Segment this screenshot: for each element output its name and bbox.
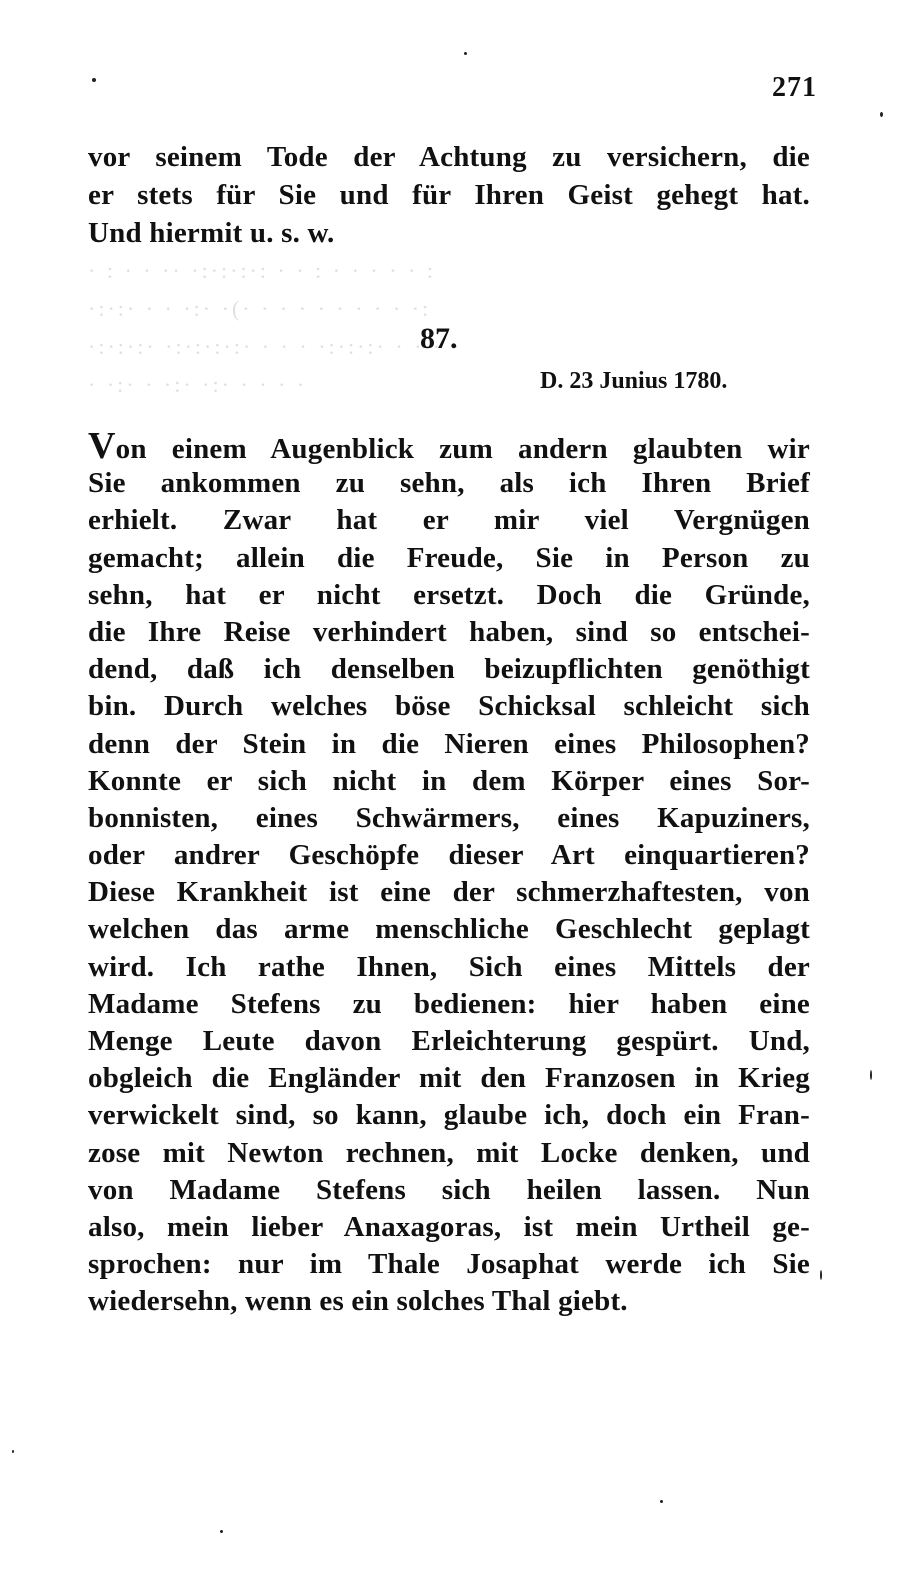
text-line: zose mit Newton rechnen, mit Locke denke…	[88, 1135, 810, 1172]
text-line: dend, daß ich denselben beizupflichten g…	[88, 651, 810, 688]
previous-letter-ending: vor seinem Tode der Achtung zu versicher…	[88, 138, 810, 252]
text-line: Madame Stefens zu bedienen: hier haben e…	[88, 986, 810, 1023]
first-line-text: on einem Augenblick zum andern glaubten …	[116, 433, 810, 465]
text-line: oder andrer Geschöpfe dieser Art einquar…	[88, 837, 810, 874]
letter-body: Von einem Augenblick zum andern glaubten…	[88, 428, 810, 1321]
scan-speck	[220, 1530, 223, 1533]
text-line: Diese Krankheit ist eine der schmerzhaft…	[88, 874, 810, 911]
scan-speck	[464, 52, 467, 55]
scan-speck	[820, 1270, 822, 1280]
scan-speck	[880, 112, 883, 117]
text-line: Sie ankommen zu sehn, als ich Ihren Brie…	[88, 465, 810, 502]
scan-speck	[870, 1070, 872, 1080]
text-line-first: Von einem Augenblick zum andern glaubten…	[88, 428, 810, 465]
text-line: sehn, hat er nicht ersetzt. Doch die Grü…	[88, 577, 810, 614]
page-number: 271	[772, 72, 817, 104]
text-line: bonnisten, eines Schwärmers, eines Kapuz…	[88, 800, 810, 837]
text-line: wird. Ich rathe Ihnen, Sich eines Mittel…	[88, 949, 810, 986]
scan-speck	[92, 78, 96, 82]
scan-speck	[660, 1500, 663, 1503]
text-line: verwickelt sind, so kann, glaube ich, do…	[88, 1097, 810, 1134]
text-line: Konnte er sich nicht in dem Körper eines…	[88, 763, 810, 800]
text-line: Menge Leute davon Erleichterung gespürt.…	[88, 1023, 810, 1060]
text-line: die Ihre Reise verhindert haben, sind so…	[88, 614, 810, 651]
text-line: wiedersehn, wenn es ein solches Thal gie…	[88, 1283, 810, 1320]
letter-number: 87.	[420, 322, 458, 356]
text-line: gemacht; allein die Freude, Sie in Perso…	[88, 540, 810, 577]
drop-cap: V	[88, 425, 116, 467]
text-line: von Madame Stefens sich heilen lassen. N…	[88, 1172, 810, 1209]
text-line: welchen das arme menschliche Geschlecht …	[88, 911, 810, 948]
text-line: bin. Durch welches böse Schicksal schlei…	[88, 688, 810, 725]
show-through-line: · : · · ·· ·:·:·:·: · · : · · · · · :	[88, 252, 810, 290]
text-line: sprochen: nur im Thale Josaphat werde ic…	[88, 1246, 810, 1283]
text-line: Und hiermit u. s. w.	[88, 214, 810, 252]
text-line: er stets für Sie und für Ihren Geist geh…	[88, 176, 810, 214]
text-line: denn der Stein in die Nieren eines Philo…	[88, 726, 810, 763]
text-line: also, mein lieber Anaxagoras, ist mein U…	[88, 1209, 810, 1246]
letter-date: D. 23 Junius 1780.	[540, 368, 727, 395]
text-line: vor seinem Tode der Achtung zu versicher…	[88, 138, 810, 176]
text-line: erhielt. Zwar hat er mir viel Vergnügen	[88, 502, 810, 539]
book-page: 271 vor seinem Tode der Achtung zu versi…	[0, 0, 900, 1585]
text-line: obgleich die Engländer mit den Franzosen…	[88, 1060, 810, 1097]
scan-speck	[12, 1450, 14, 1453]
